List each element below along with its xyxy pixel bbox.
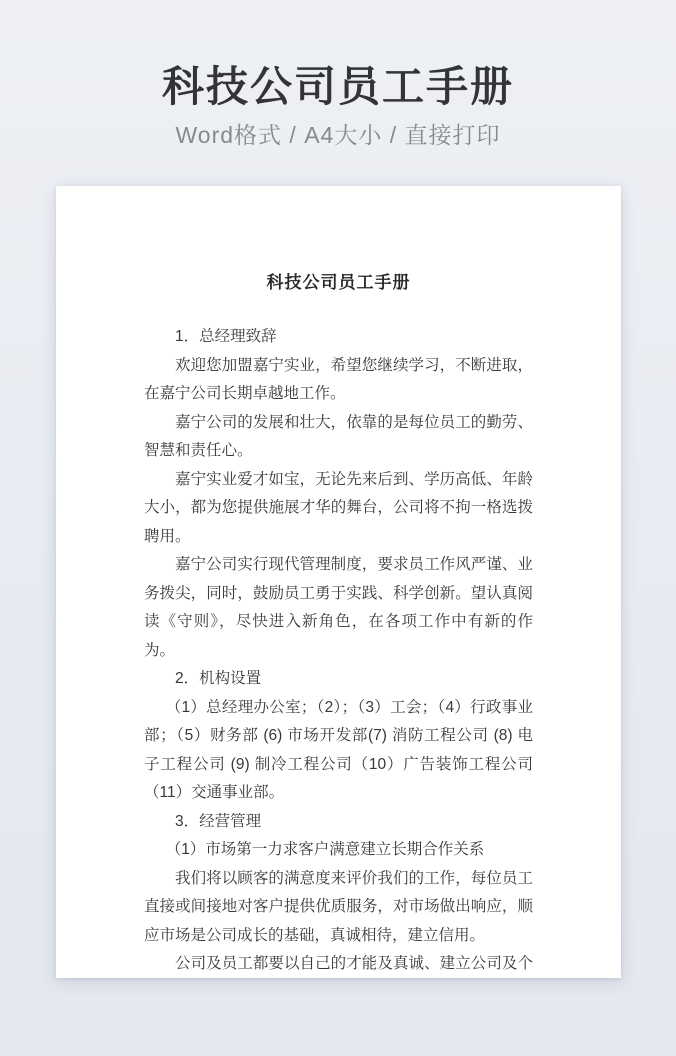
page-title: 科技公司员工手册 [0, 62, 676, 112]
doc-paragraph: （1）市场第一力求客户满意建立长期合作关系 [144, 836, 533, 865]
doc-paragraph: 欢迎您加盟嘉宁实业，希望您继续学习，不断进取，在嘉宁公司长期卓越地工作。 [144, 352, 533, 409]
doc-paragraph: 公司及员工都要以自己的才能及真诚、建立公司及个人的信 [144, 950, 533, 978]
doc-section-heading: 3．经营管理 [144, 808, 533, 837]
doc-section-heading: 1．总经理致辞 [144, 323, 533, 352]
document-page: 科技公司员工手册 1．总经理致辞 欢迎您加盟嘉宁实业，希望您继续学习，不断进取，… [56, 186, 621, 978]
doc-paragraph: （1）总经理办公室；（2）；（3）工会；（4）行政事业部；（5）财务部 (6) … [144, 694, 533, 808]
template-preview-page: 科技公司员工手册 Word格式 / A4大小 / 直接打印 科技公司员工手册 1… [0, 0, 676, 1056]
document-body: 1．总经理致辞 欢迎您加盟嘉宁实业，希望您继续学习，不断进取，在嘉宁公司长期卓越… [144, 323, 533, 978]
page-subtitle: Word格式 / A4大小 / 直接打印 [0, 120, 676, 150]
document-title: 科技公司员工手册 [144, 270, 533, 296]
doc-paragraph: 嘉宁公司的发展和壮大，依靠的是每位员工的勤劳、智慧和责任心。 [144, 409, 533, 466]
doc-paragraph: 嘉宁实业爱才如宝，无论先来后到、学历高低、年龄大小，都为您提供施展才华的舞台，公… [144, 466, 533, 552]
doc-paragraph: 嘉宁公司实行现代管理制度，要求员工作风严谨、业务拨尖，同时，鼓励员工勇于实践、科… [144, 551, 533, 665]
header: 科技公司员工手册 Word格式 / A4大小 / 直接打印 [0, 0, 676, 150]
doc-paragraph: 我们将以顾客的满意度来评价我们的工作，每位员工直接或间接地对客户提供优质服务，对… [144, 865, 533, 951]
doc-section-heading: 2．机构设置 [144, 665, 533, 694]
